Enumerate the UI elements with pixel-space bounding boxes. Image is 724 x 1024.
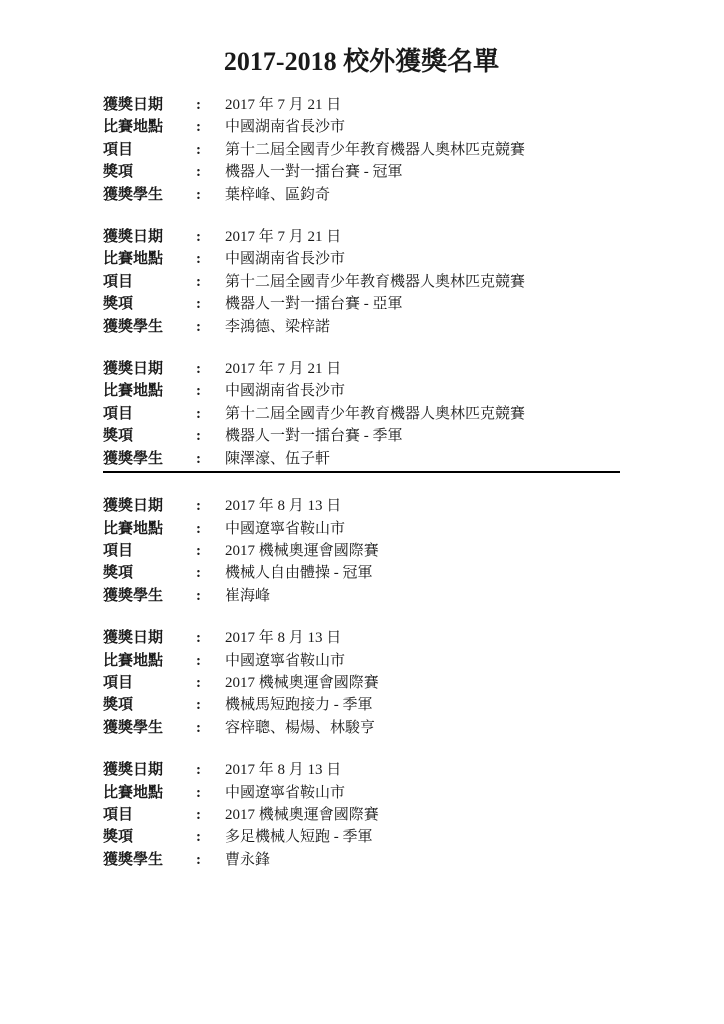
- students-value: 曹永鋒: [225, 849, 620, 871]
- field-colon: :: [196, 293, 225, 315]
- field-colon: :: [196, 448, 225, 470]
- award-row-date: 獲獎日期 : 2017 年 7 月 21 日: [103, 94, 620, 116]
- event-label: 項目: [103, 271, 196, 293]
- field-colon: :: [196, 116, 225, 138]
- location-value: 中國湖南省長沙市: [225, 380, 620, 402]
- location-value: 中國遼寧省鞍山市: [225, 782, 620, 804]
- location-label: 比賽地點: [103, 116, 196, 138]
- event-label: 項目: [103, 804, 196, 826]
- award-label: 獎項: [103, 425, 196, 447]
- award-entry: 獲獎日期 : 2017 年 8 月 13 日 比賽地點 : 中國遼寧省鞍山市 項…: [103, 495, 620, 607]
- event-value: 第十二屆全國青少年教育機器人奧林匹克競賽: [225, 403, 620, 425]
- students-value: 崔海峰: [225, 585, 620, 607]
- field-colon: :: [196, 759, 225, 781]
- event-value: 第十二屆全國青少年教育機器人奧林匹克競賽: [225, 139, 620, 161]
- award-row-students: 獲獎學生 : 曹永鋒: [103, 849, 620, 871]
- award-row-event: 項目 : 2017 機械奧運會國際賽: [103, 672, 620, 694]
- students-label: 獲獎學生: [103, 849, 196, 871]
- award-row-event: 項目 : 第十二屆全國青少年教育機器人奧林匹克競賽: [103, 139, 620, 161]
- date-value: 2017 年 8 月 13 日: [225, 627, 620, 649]
- award-label: 獎項: [103, 293, 196, 315]
- award-row-event: 項目 : 2017 機械奧運會國際賽: [103, 804, 620, 826]
- event-value: 2017 機械奧運會國際賽: [225, 804, 620, 826]
- location-value: 中國遼寧省鞍山市: [225, 650, 620, 672]
- event-label: 項目: [103, 672, 196, 694]
- students-value: 容梓聰、楊煬、林駿亨: [225, 717, 620, 739]
- date-value: 2017 年 8 月 13 日: [225, 759, 620, 781]
- students-label: 獲獎學生: [103, 184, 196, 206]
- award-row-students: 獲獎學生 : 陳澤濠、伍子軒: [103, 448, 620, 470]
- field-colon: :: [196, 184, 225, 206]
- field-colon: :: [196, 826, 225, 848]
- award-row-location: 比賽地點 : 中國湖南省長沙市: [103, 248, 620, 270]
- award-row-event: 項目 : 第十二屆全國青少年教育機器人奧林匹克競賽: [103, 403, 620, 425]
- award-row-event: 項目 : 第十二屆全國青少年教育機器人奧林匹克競賽: [103, 271, 620, 293]
- award-label: 獎項: [103, 826, 196, 848]
- location-label: 比賽地點: [103, 518, 196, 540]
- award-row-date: 獲獎日期 : 2017 年 8 月 13 日: [103, 627, 620, 649]
- date-label: 獲獎日期: [103, 94, 196, 116]
- students-value: 陳澤濠、伍子軒: [225, 448, 620, 470]
- students-value: 李鴻德、梁梓諾: [225, 316, 620, 338]
- date-label: 獲獎日期: [103, 358, 196, 380]
- location-label: 比賽地點: [103, 248, 196, 270]
- award-row-date: 獲獎日期 : 2017 年 7 月 21 日: [103, 358, 620, 380]
- award-row-location: 比賽地點 : 中國湖南省長沙市: [103, 116, 620, 138]
- field-colon: :: [196, 161, 225, 183]
- award-entry: 獲獎日期 : 2017 年 8 月 13 日 比賽地點 : 中國遼寧省鞍山市 項…: [103, 759, 620, 871]
- award-entry: 獲獎日期 : 2017 年 7 月 21 日 比賽地點 : 中國湖南省長沙市 項…: [103, 94, 620, 206]
- field-colon: :: [196, 562, 225, 584]
- field-colon: :: [196, 495, 225, 517]
- field-colon: :: [196, 717, 225, 739]
- event-label: 項目: [103, 403, 196, 425]
- award-entry: 獲獎日期 : 2017 年 7 月 21 日 比賽地點 : 中國湖南省長沙市 項…: [103, 226, 620, 338]
- date-value: 2017 年 8 月 13 日: [225, 495, 620, 517]
- award-label: 獎項: [103, 161, 196, 183]
- students-label: 獲獎學生: [103, 717, 196, 739]
- award-row-award: 獎項 : 機械人自由體操 - 冠軍: [103, 562, 620, 584]
- field-colon: :: [196, 358, 225, 380]
- award-label: 獎項: [103, 562, 196, 584]
- location-label: 比賽地點: [103, 380, 196, 402]
- field-colon: :: [196, 627, 225, 649]
- event-label: 項目: [103, 139, 196, 161]
- award-row-location: 比賽地點 : 中國遼寧省鞍山市: [103, 782, 620, 804]
- award-entry: 獲獎日期 : 2017 年 8 月 13 日 比賽地點 : 中國遼寧省鞍山市 項…: [103, 627, 620, 739]
- field-colon: :: [196, 672, 225, 694]
- students-label: 獲獎學生: [103, 585, 196, 607]
- award-value: 機器人一對一擂台賽 - 季軍: [225, 425, 620, 447]
- field-colon: :: [196, 403, 225, 425]
- field-colon: :: [196, 585, 225, 607]
- event-value: 2017 機械奧運會國際賽: [225, 672, 620, 694]
- date-label: 獲獎日期: [103, 759, 196, 781]
- field-colon: :: [196, 849, 225, 871]
- location-label: 比賽地點: [103, 782, 196, 804]
- location-value: 中國湖南省長沙市: [225, 116, 620, 138]
- field-colon: :: [196, 94, 225, 116]
- award-value: 多足機械人短跑 - 季軍: [225, 826, 620, 848]
- field-colon: :: [196, 139, 225, 161]
- award-row-award: 獎項 : 機械馬短跑接力 - 季軍: [103, 694, 620, 716]
- page-title: 2017-2018 校外獲獎名單: [103, 46, 620, 78]
- award-row-students: 獲獎學生 : 李鴻德、梁梓諾: [103, 316, 620, 338]
- date-value: 2017 年 7 月 21 日: [225, 226, 620, 248]
- date-label: 獲獎日期: [103, 627, 196, 649]
- location-value: 中國遼寧省鞍山市: [225, 518, 620, 540]
- field-colon: :: [196, 316, 225, 338]
- award-row-date: 獲獎日期 : 2017 年 7 月 21 日: [103, 226, 620, 248]
- date-label: 獲獎日期: [103, 226, 196, 248]
- field-colon: :: [196, 226, 225, 248]
- students-label: 獲獎學生: [103, 316, 196, 338]
- award-row-students: 獲獎學生 : 容梓聰、楊煬、林駿亨: [103, 717, 620, 739]
- event-value: 2017 機械奧運會國際賽: [225, 540, 620, 562]
- award-row-award: 獎項 : 機器人一對一擂台賽 - 亞軍: [103, 293, 620, 315]
- award-row-award: 獎項 : 機器人一對一擂台賽 - 季軍: [103, 425, 620, 447]
- award-entry: 獲獎日期 : 2017 年 7 月 21 日 比賽地點 : 中國湖南省長沙市 項…: [103, 358, 620, 470]
- award-value: 機器人一對一擂台賽 - 亞軍: [225, 293, 620, 315]
- students-label: 獲獎學生: [103, 448, 196, 470]
- date-label: 獲獎日期: [103, 495, 196, 517]
- award-row-date: 獲獎日期 : 2017 年 8 月 13 日: [103, 495, 620, 517]
- award-row-date: 獲獎日期 : 2017 年 8 月 13 日: [103, 759, 620, 781]
- event-value: 第十二屆全國青少年教育機器人奧林匹克競賽: [225, 271, 620, 293]
- field-colon: :: [196, 248, 225, 270]
- award-row-event: 項目 : 2017 機械奧運會國際賽: [103, 540, 620, 562]
- date-value: 2017 年 7 月 21 日: [225, 358, 620, 380]
- field-colon: :: [196, 271, 225, 293]
- award-row-award: 獎項 : 多足機械人短跑 - 季軍: [103, 826, 620, 848]
- field-colon: :: [196, 380, 225, 402]
- date-value: 2017 年 7 月 21 日: [225, 94, 620, 116]
- award-value: 機器人一對一擂台賽 - 冠軍: [225, 161, 620, 183]
- award-row-location: 比賽地點 : 中國遼寧省鞍山市: [103, 650, 620, 672]
- field-colon: :: [196, 540, 225, 562]
- award-row-location: 比賽地點 : 中國湖南省長沙市: [103, 380, 620, 402]
- document-page: 2017-2018 校外獲獎名單 獲獎日期 : 2017 年 7 月 21 日 …: [0, 0, 724, 1024]
- award-row-students: 獲獎學生 : 葉梓峰、區鈞奇: [103, 184, 620, 206]
- award-list: 獲獎日期 : 2017 年 7 月 21 日 比賽地點 : 中國湖南省長沙市 項…: [103, 94, 620, 871]
- event-label: 項目: [103, 540, 196, 562]
- award-value: 機械人自由體操 - 冠軍: [225, 562, 620, 584]
- location-value: 中國湖南省長沙市: [225, 248, 620, 270]
- award-row-students: 獲獎學生 : 崔海峰: [103, 585, 620, 607]
- field-colon: :: [196, 518, 225, 540]
- field-colon: :: [196, 650, 225, 672]
- field-colon: :: [196, 425, 225, 447]
- award-value: 機械馬短跑接力 - 季軍: [225, 694, 620, 716]
- award-label: 獎項: [103, 694, 196, 716]
- section-divider: [103, 471, 620, 473]
- award-row-location: 比賽地點 : 中國遼寧省鞍山市: [103, 518, 620, 540]
- award-row-award: 獎項 : 機器人一對一擂台賽 - 冠軍: [103, 161, 620, 183]
- students-value: 葉梓峰、區鈞奇: [225, 184, 620, 206]
- location-label: 比賽地點: [103, 650, 196, 672]
- field-colon: :: [196, 804, 225, 826]
- field-colon: :: [196, 782, 225, 804]
- field-colon: :: [196, 694, 225, 716]
